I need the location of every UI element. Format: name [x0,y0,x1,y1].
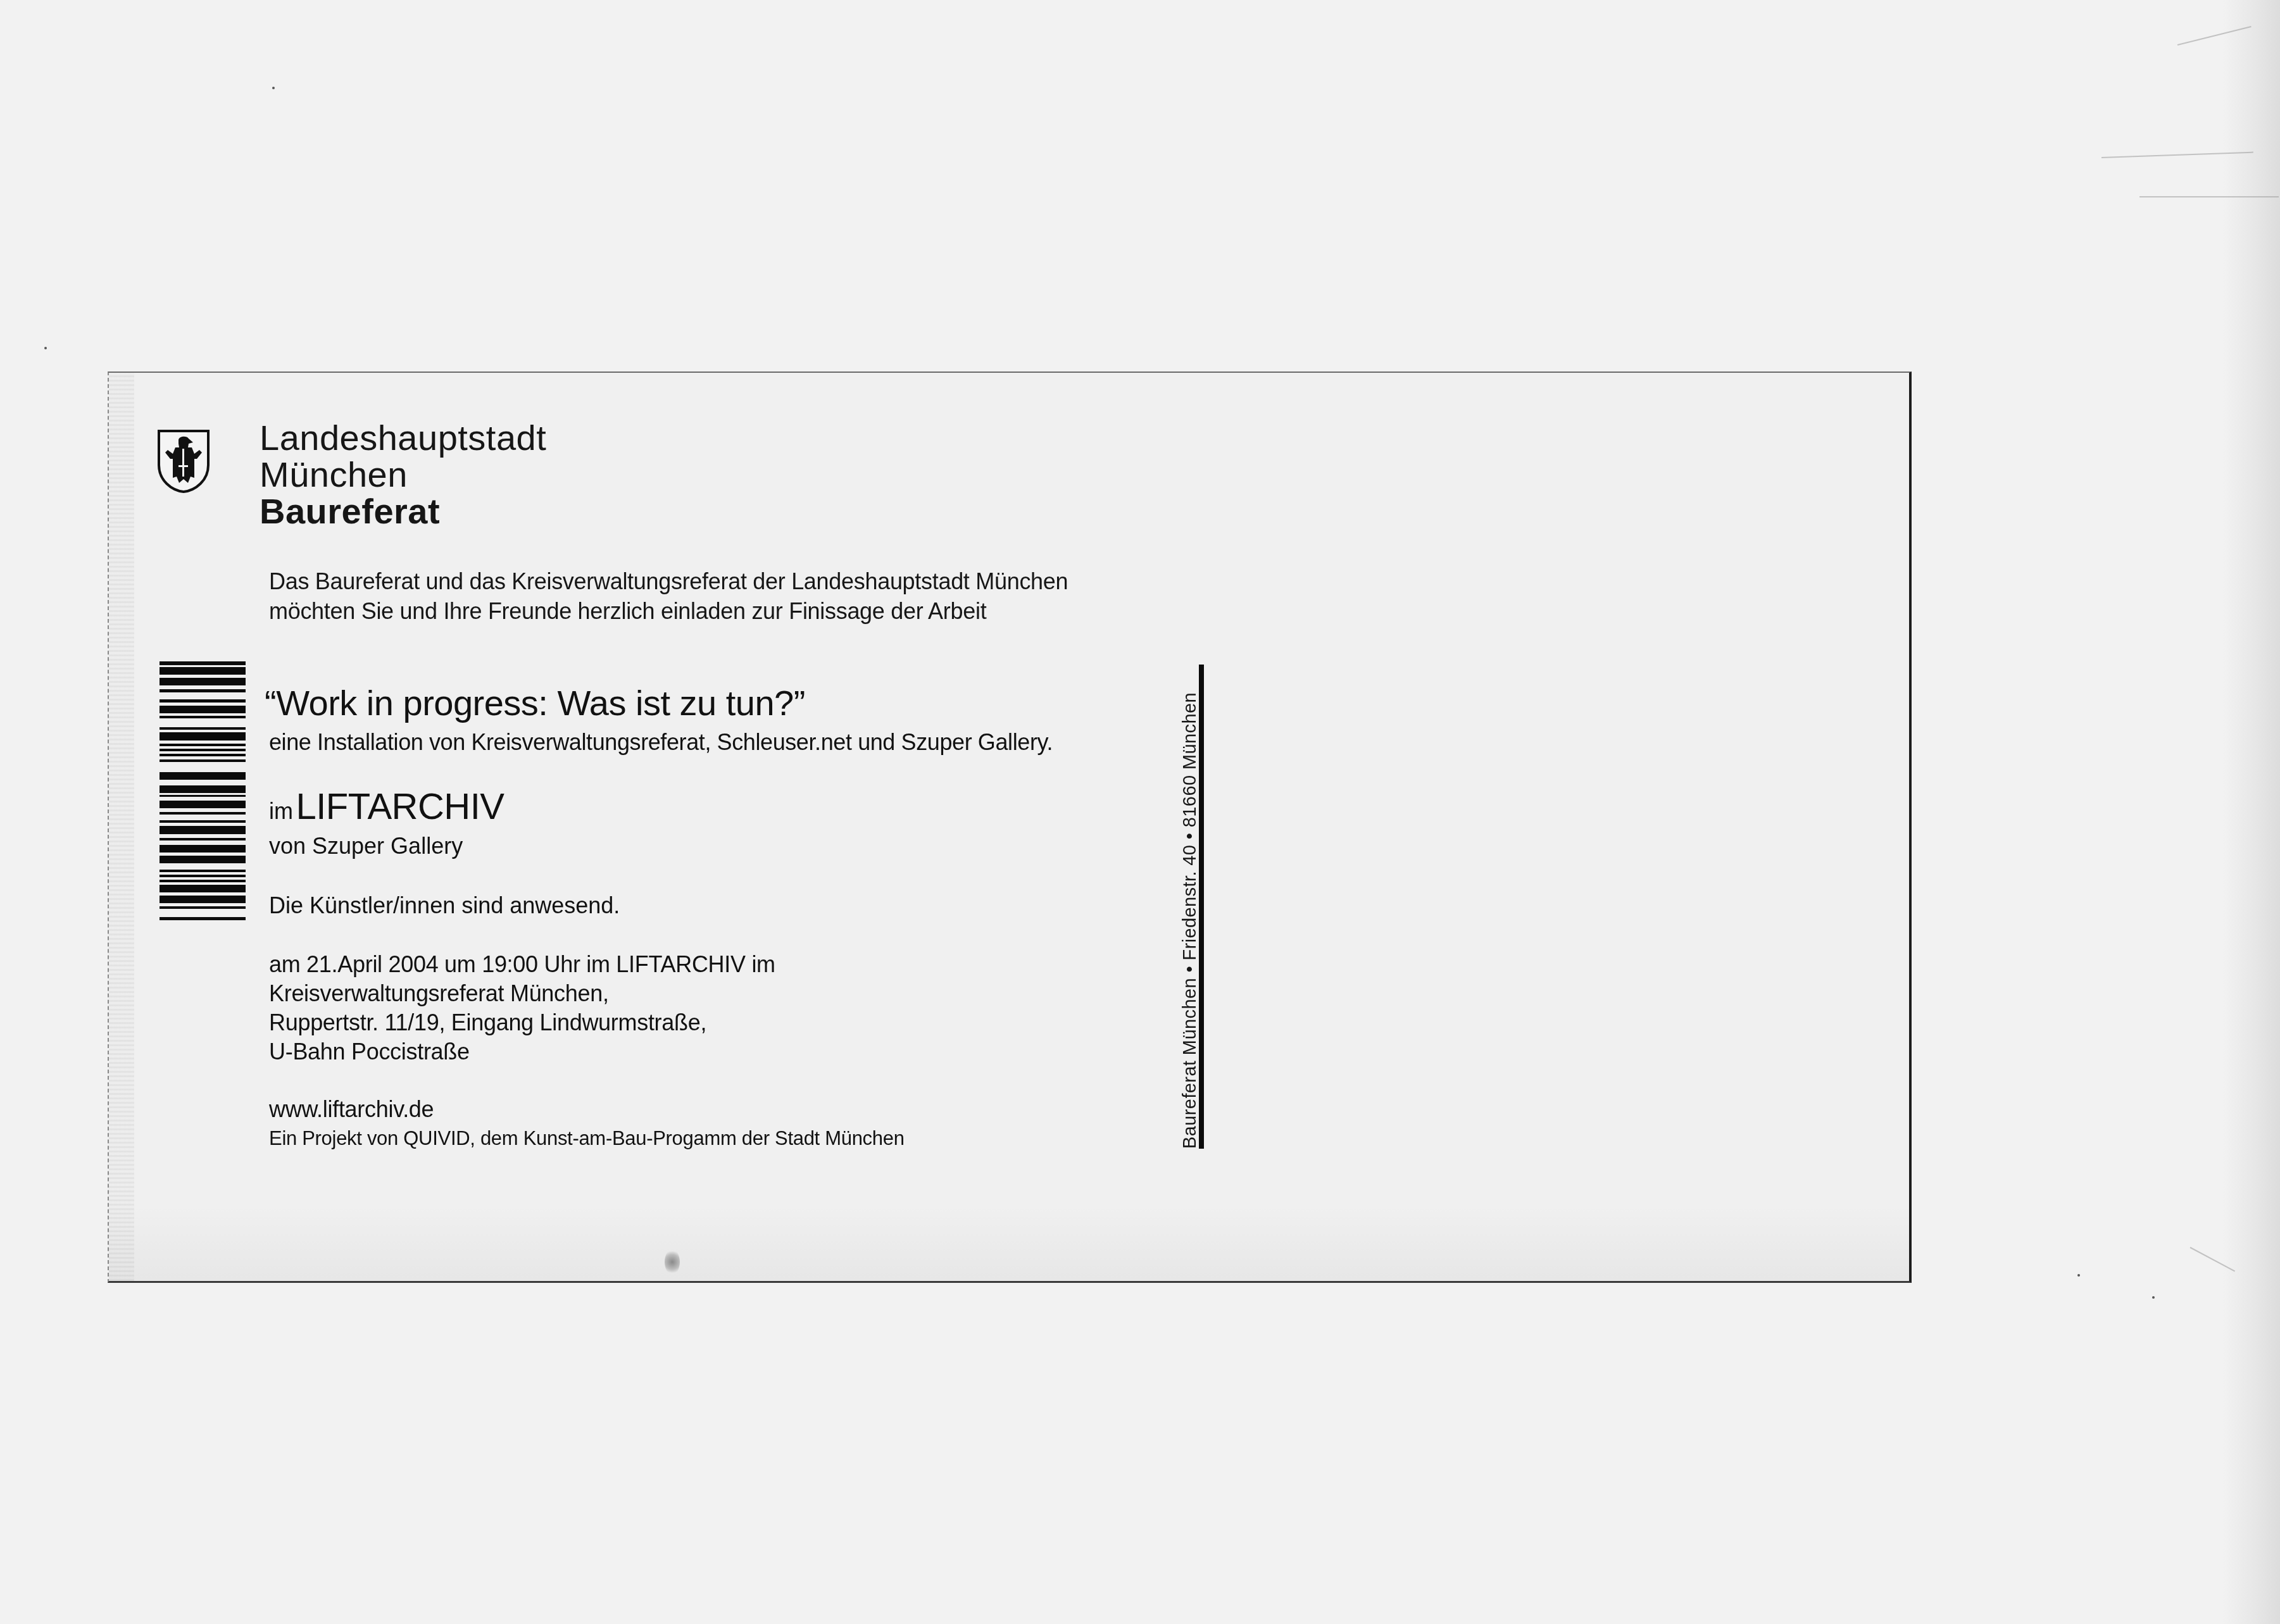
presence-note: Die Künstler/innen sind anwesend. [269,892,620,920]
event-details: am 21.April 2004 um 19:00 Uhr im LIFTARC… [269,950,775,1066]
barcode-bar [160,772,246,780]
intro-paragraph: Das Baureferat und das Kreisverwaltungsr… [269,566,1068,626]
venue-by: von Szuper Gallery [269,832,463,860]
barcode-bar [160,838,246,840]
barcode-bar [160,699,246,703]
barcode-bar [160,885,246,892]
barcode-bar [160,744,246,746]
website-link[interactable]: www.liftarchiv.de [269,1096,434,1123]
sender-address: Baureferat München • Friedenstr. 40 • 81… [1180,692,1200,1149]
ink-smudge [665,1249,680,1275]
barcode-bar [160,880,246,882]
barcode-bar [160,906,246,909]
event-street-line: Ruppertstr. 11/19, Eingang Lindwurmstraß… [269,1008,775,1037]
letterhead: Landeshauptstadt München Baureferat [260,420,546,530]
intro-line: Das Baureferat und das Kreisverwaltungsr… [269,566,1068,596]
scan-speck [272,87,275,89]
work-subtitle: eine Installation von Kreisverwaltungsre… [269,728,1053,756]
scan-speck [2152,1296,2155,1299]
scan-scratch [2139,196,2279,197]
barcode-bar [160,875,246,877]
scan-speck [2077,1274,2080,1277]
barcode-bar [160,812,246,815]
intro-line: möchten Sie und Ihre Freunde herzlich ei… [269,596,1068,626]
paper-shade [109,1205,1909,1281]
scanner-edge-shadow [2223,0,2280,1624]
barcode-bar [160,785,246,793]
barcode-bar [160,678,246,685]
barcode-bar [160,727,246,730]
event-date-line: am 21.April 2004 um 19:00 Uhr im LIFTARC… [269,950,775,979]
invitation-card: Landeshauptstadt München Baureferat Das … [108,372,1912,1283]
letterhead-department: Baureferat [260,493,546,530]
venue-heading: im LIFTARCHIV [269,785,504,839]
event-location-line: Kreisverwaltungsreferat München, [269,979,775,1008]
barcode-bar [160,795,246,797]
letterhead-city-line1: Landeshauptstadt [260,420,546,456]
barcode-bar [160,801,246,808]
barcode-bar [160,749,246,751]
barcode-bar [160,689,246,692]
barcode-bar [160,845,246,853]
barcode-bar [160,917,246,920]
project-note: Ein Projekt von QUIVID, dem Kunst-am-Bau… [269,1126,905,1151]
barcode-bar [160,706,246,713]
scan-speck [44,347,47,349]
event-transit-line: U-Bahn Poccistraße [269,1037,775,1066]
barcode-bar [160,820,246,823]
barcode-bar [160,732,246,740]
barcode-bar [160,667,246,675]
barcode-bar [160,896,246,903]
sender-divider [1199,665,1204,1149]
postal-barcode-icon [160,661,246,922]
work-title: “Work in progress: Was ist zu tun?” [265,683,805,723]
letterhead-city-line2: München [260,456,546,493]
barcode-bar [160,759,246,762]
barcode-bar [160,826,246,834]
paper-grain [109,373,134,1281]
barcode-bar [160,661,246,665]
barcode-bar [160,754,246,756]
barcode-bar [160,856,246,863]
barcode-bar [160,870,246,872]
munich-coat-of-arms-icon [156,428,211,493]
barcode-bar [160,716,246,718]
venue-name: LIFTARCHIV [296,786,504,827]
venue-prefix: im [269,798,293,824]
